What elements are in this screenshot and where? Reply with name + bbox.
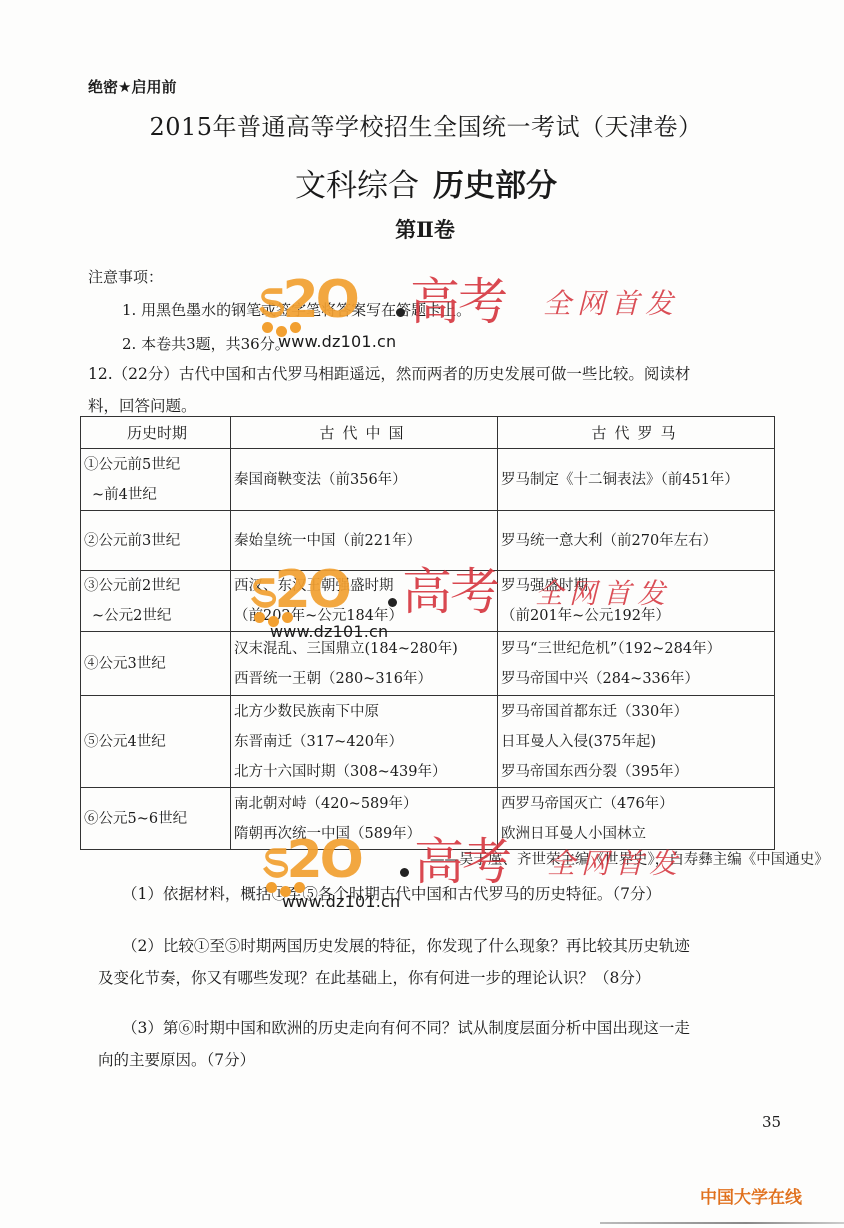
notice-item-1: 1. 用黑色墨水的钢笔或签字笔将答案写在答题卡上。 [122, 299, 471, 320]
column-header-rome: 古代罗马 [498, 417, 775, 449]
volume-label: 第Ⅱ卷 [0, 214, 844, 244]
china-cell: 南北朝对峙（420~589年） 隋朝再次统一中国（589年） [231, 788, 498, 850]
china-cell: 西汉、东汉王朝强盛时期 （前202年~公元184年） [231, 571, 498, 632]
period-cell: ①公元前5世纪 ~前4世纪 [81, 449, 231, 511]
table-row: ⑥公元5~6世纪 南北朝对峙（420~589年） 隋朝再次统一中国（589年） … [81, 788, 775, 850]
rome-cell: 罗马统一意大利（前270年左右） [498, 511, 775, 571]
period-cell: ④公元3世纪 [81, 632, 231, 696]
question-intro: 12.（22分）古代中国和古代罗马相距遥远，然而两者的历史发展可做一些比较。阅读… [88, 358, 778, 422]
china-cell: 北方少数民族南下中原 东晋南迁（317~420年） 北方十六国时期（308~43… [231, 696, 498, 788]
china-cell: 秦国商鞅变法（前356年） [231, 449, 498, 511]
table-row: ⑤公元4世纪 北方少数民族南下中原 东晋南迁（317~420年） 北方十六国时期… [81, 696, 775, 788]
page-number: 35 [762, 1113, 781, 1131]
rome-cell: 罗马强盛时期 （前201年~公元192年） [498, 571, 775, 632]
table-row: ④公元3世纪 汉末混乱、三国鼎立(184~280年) 西晋统一王朝（280~31… [81, 632, 775, 696]
china-cell: 秦始皇统一中国（前221年） [231, 511, 498, 571]
period-cell: ②公元前3世纪 [81, 511, 231, 571]
exam-page: 绝密★启用前 2015年普通高等学校招生全国统一考试（天津卷） 文科综合历史部分… [0, 0, 844, 1228]
rome-cell: 西罗马帝国灭亡（476年） 欧洲日耳曼人小国林立 [498, 788, 775, 850]
watermark-bullet-icon [400, 868, 409, 877]
sub-question-2: （2）比较①至⑤时期两国历史发展的特征，你发现了什么现象？再比较其历史轨迹 及变… [98, 930, 778, 994]
column-header-period: 历史时期 [81, 417, 231, 449]
sub-question-3: （3）第⑥时期中国和欧洲的历史走向有何不同？试从制度层面分析中国出现这一走 向的… [98, 1012, 778, 1076]
china-cell: 汉末混乱、三国鼎立(184~280年) 西晋统一王朝（280~316年） [231, 632, 498, 696]
subtitle-section: 历史部分 [433, 168, 557, 204]
period-cell: ③公元前2世纪 ~公元2世纪 [81, 571, 231, 632]
exam-subtitle: 文科综合历史部分 [0, 160, 844, 205]
sub-question-1: （1）依据材料，概括①至⑤各个时期古代中国和古代罗马的历史特征。（7分） [98, 878, 778, 910]
material-source: ——吴于廑、齐世荣主编《世界史》，白寿彝主编《中国通史》 [430, 848, 829, 869]
subtitle-subject: 文科综合 [295, 168, 419, 204]
watermark-url: www.dz101.cn [278, 332, 396, 351]
scan-edge-divider [600, 1222, 844, 1224]
exam-title: 2015年普通高等学校招生全国统一考试（天津卷） [0, 107, 844, 142]
column-header-china: 古代中国 [231, 417, 498, 449]
period-cell: ⑥公元5~6世纪 [81, 788, 231, 850]
rome-cell: 罗马帝国首都东迁（330年） 日耳曼人入侵(375年起) 罗马帝国东西分裂（39… [498, 696, 775, 788]
rome-cell: 罗马“三世纪危机”（192~284年） 罗马帝国中兴（284~336年） [498, 632, 775, 696]
table-row: ③公元前2世纪 ~公元2世纪 西汉、东汉王朝强盛时期 （前202年~公元184年… [81, 571, 775, 632]
period-cell: ⑤公元4世纪 [81, 696, 231, 788]
confidential-mark: 绝密★启用前 [88, 76, 176, 97]
question-intro-line-1: 12.（22分）古代中国和古代罗马相距遥远，然而两者的历史发展可做一些比较。阅读… [88, 358, 778, 390]
notice-item-2: 2. 本卷共3题，共36分。 [122, 333, 290, 354]
notice-label: 注意事项： [88, 266, 163, 287]
watermark-slogan: 全网首发 [543, 286, 679, 322]
table-row: ②公元前3世纪 秦始皇统一中国（前221年） 罗马统一意大利（前270年左右） [81, 511, 775, 571]
table-header-row: 历史时期 古代中国 古代罗马 [81, 417, 775, 449]
history-comparison-table: 历史时期 古代中国 古代罗马 ①公元前5世纪 ~前4世纪 秦国商鞅变法（前356… [80, 416, 775, 850]
table-row: ①公元前5世纪 ~前4世纪 秦国商鞅变法（前356年） 罗马制定《十二铜表法》（… [81, 449, 775, 511]
footer-brand: 中国大学在线 [700, 1183, 802, 1208]
rome-cell: 罗马制定《十二铜表法》（前451年） [498, 449, 775, 511]
